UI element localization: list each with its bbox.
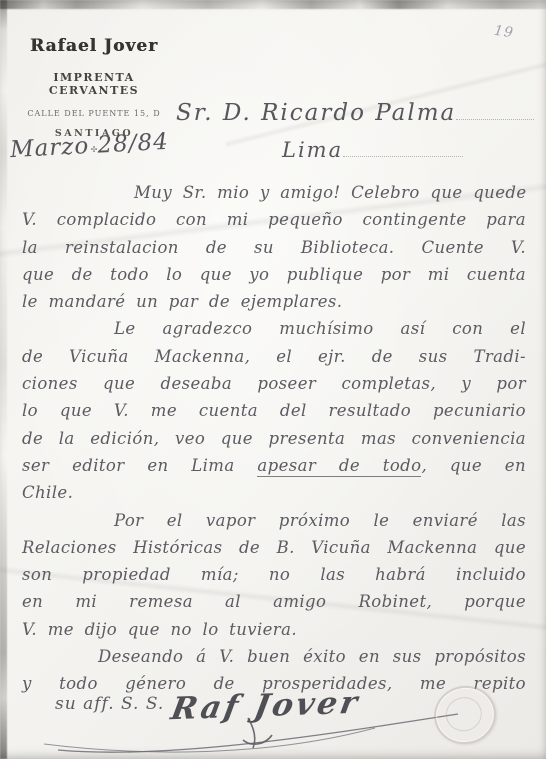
scanned-letter-page: Rafael Jover IMPRENTA CERVANTES CALLE DE…	[0, 0, 546, 759]
letter-line: Por el vapor próximo le enviaré las	[22, 511, 526, 538]
scan-left-edge	[0, 0, 7, 759]
recipient-name: Sr. D. Ricardo Palma	[176, 100, 456, 126]
embossed-seal-inner	[443, 694, 485, 735]
letter-text: ser editor en Lima	[22, 456, 257, 475]
dotted-rule	[456, 96, 534, 120]
page-number: 19	[493, 23, 515, 42]
letter-line: Relaciones Históricas de B. Vicuña Macke…	[22, 538, 526, 565]
letter-line: le mandaré un par de ejemplares.	[22, 292, 526, 319]
recipient-salutation: Sr. D. Ricardo Palma	[176, 96, 534, 126]
dotted-rule	[343, 135, 463, 157]
letterhead-name: Rafael Jover	[16, 36, 172, 56]
letterhead-address: CALLE DEL PUENTE 15, D	[16, 109, 172, 118]
letter-line: en mi remesa al amigo Robinet, porque	[22, 592, 526, 619]
letter-line: ciones que deseaba poseer completas, y p…	[22, 374, 526, 401]
letter-line: V. me dijo que no lo tuviera.	[22, 620, 526, 647]
scan-top-edge	[0, 0, 546, 9]
letter-text: , que en	[421, 456, 526, 475]
letter-line: Muy Sr. mio y amigo! Celebro que quede	[22, 183, 526, 210]
letter-line: que de todo lo que yo publique por mi cu…	[22, 265, 526, 292]
closing-formula: su aff. S. S.	[55, 694, 164, 714]
signature-name: Raf Jover	[168, 685, 363, 728]
letter-body: Muy Sr. mio y amigo! Celebro que quede V…	[22, 183, 526, 702]
letter-line: de Vicuña Mackenna, el ejr. de sus Tradi…	[22, 347, 526, 374]
letter-line: la reinstalacion de su Biblioteca. Cuent…	[22, 238, 526, 265]
letter-line: Deseando á V. buen éxito en sus propósit…	[22, 647, 526, 674]
letter-line: Chile.	[22, 483, 526, 510]
recipient-city: Lima	[282, 135, 463, 162]
letter-line: Le agradezco muchísimo así con el	[22, 319, 526, 346]
letter-line: ser editor en Lima apesar de todo, que e…	[22, 456, 526, 483]
letterhead-business: IMPRENTA CERVANTES	[16, 71, 172, 97]
letter-line: de la edición, veo que presenta mas conv…	[22, 429, 526, 456]
recipient-city-name: Lima	[282, 138, 343, 162]
letter-line: son propiedad mía; no las habrá incluido	[22, 565, 526, 592]
letter-line: V. complacido con mi pequeño contingente…	[22, 210, 526, 237]
letter-line: lo que V. me cuenta del resultado pecuni…	[22, 401, 526, 428]
underlined-phrase: apesar de todo	[257, 456, 421, 477]
